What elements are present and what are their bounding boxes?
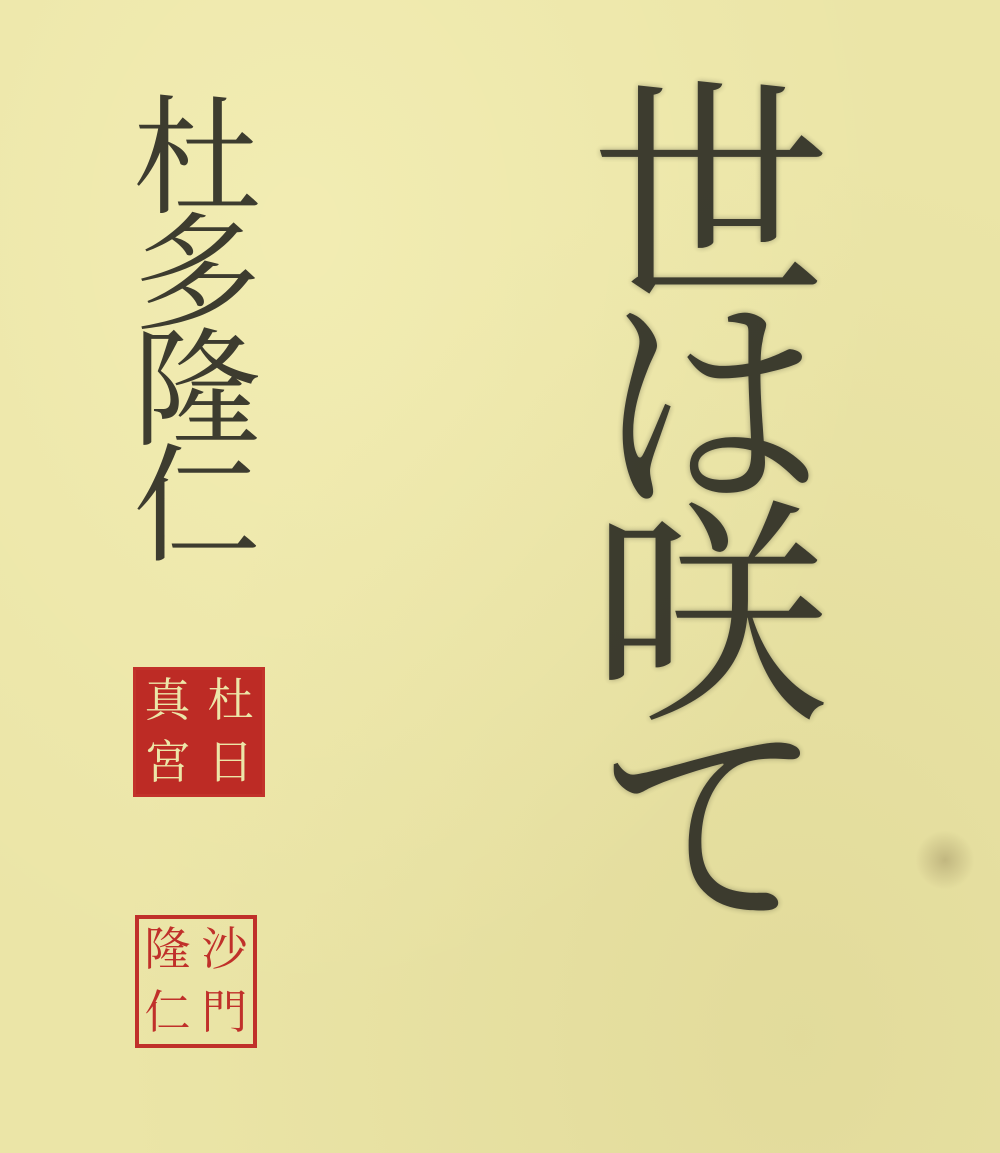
seal-char: 仁 [139,982,196,1045]
seal-char: 真 [136,670,199,732]
seal-char: 宮 [136,732,199,794]
paper-stain [915,830,975,890]
seal-upper: 真 杜 宮 日 [133,667,265,797]
seal-lower: 隆 沙 仁 門 [135,915,257,1048]
seal-char: 隆 [139,919,196,982]
calligraphy-scroll: 世は咲て 杜多隆仁 真 杜 宮 日 隆 沙 仁 門 [0,0,1000,1153]
seal-char: 杜 [199,670,262,732]
seal-char: 日 [199,732,262,794]
artist-signature: 杜多隆仁 [110,90,260,554]
seal-char: 沙 [196,919,253,982]
main-calligraphy-text: 世は咲て [540,70,840,910]
seal-char: 門 [196,982,253,1045]
